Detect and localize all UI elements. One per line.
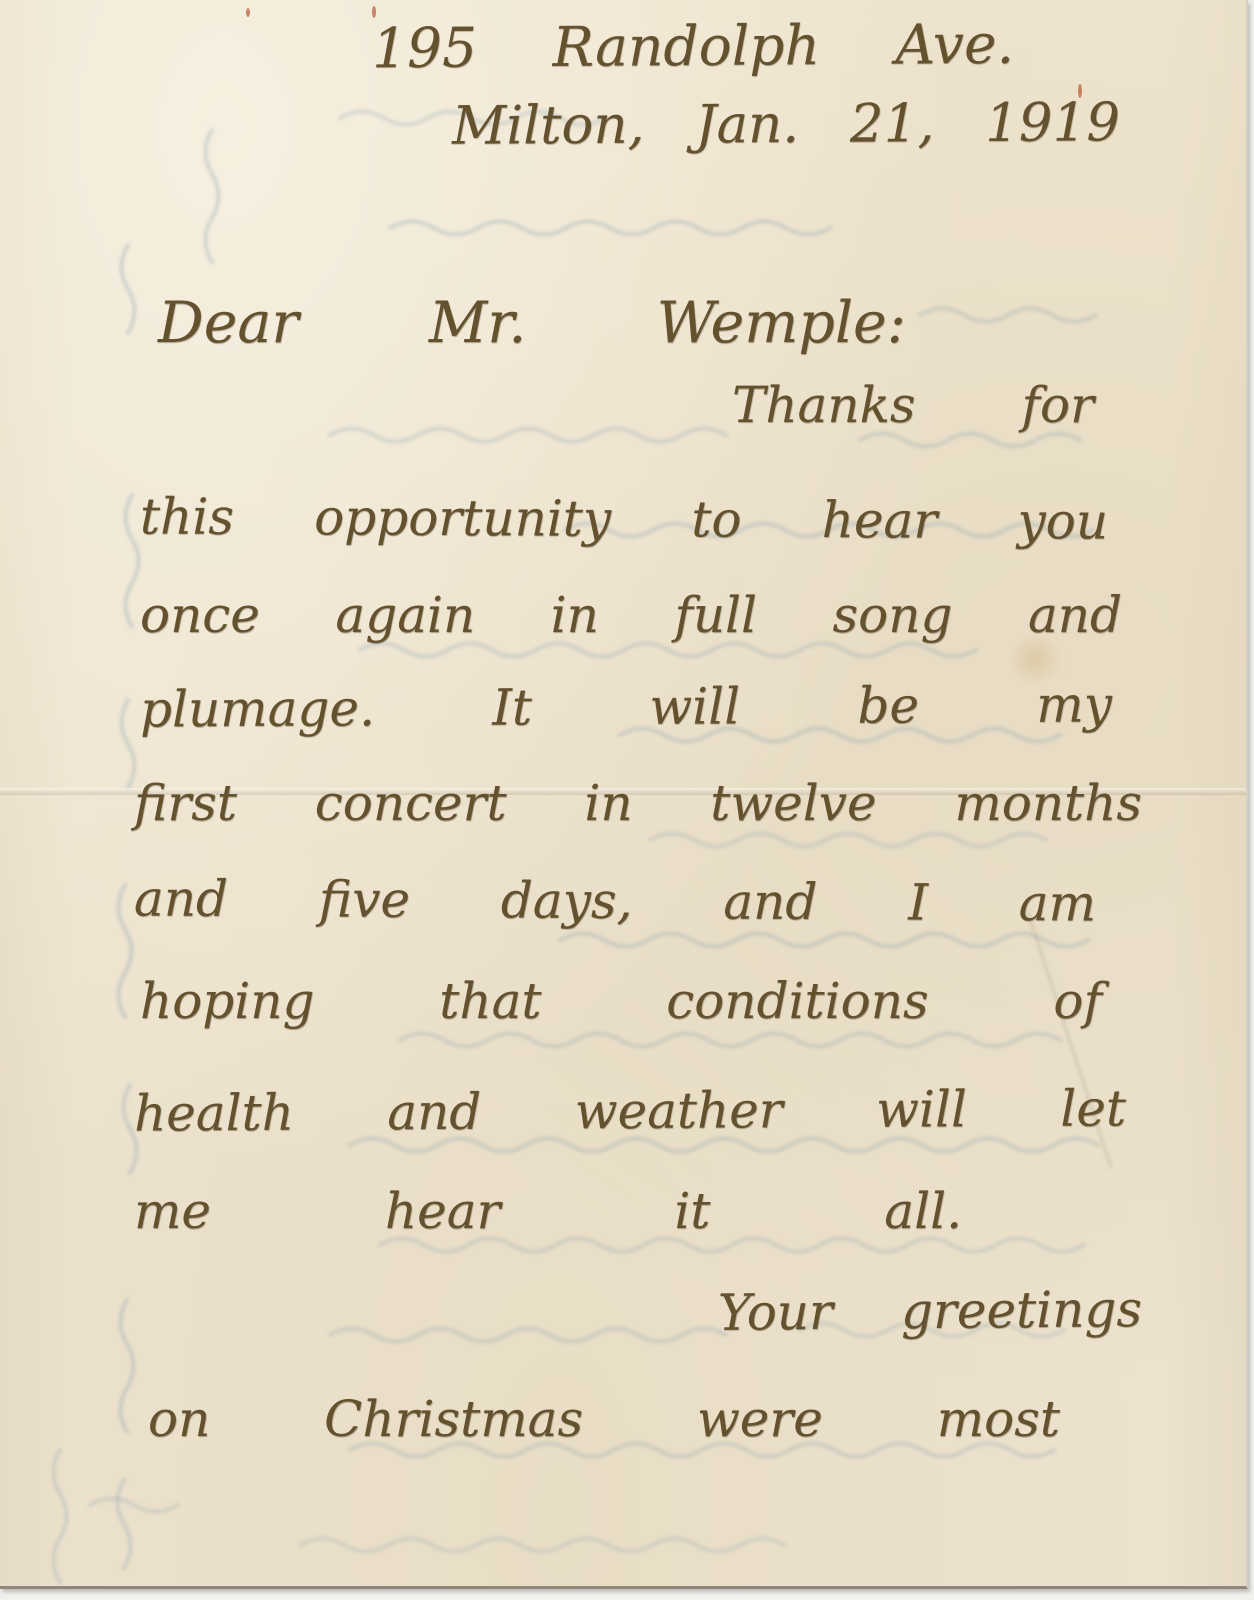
body-line: hoping that conditions of bbox=[140, 974, 1102, 1029]
body-line: plumage. It will be my bbox=[140, 677, 1112, 737]
date-line: Milton, Jan. 21, 1919 bbox=[452, 94, 1120, 156]
body-line: once again in full song and bbox=[140, 588, 1122, 643]
ink-speck bbox=[246, 8, 250, 17]
body-line: and five days, and I am bbox=[134, 871, 1096, 931]
body-line: on Christmas were most bbox=[148, 1392, 1060, 1447]
address-line: 195 Randolph Ave. bbox=[372, 14, 1014, 79]
salutation-line: Dear Mr. Wemple: bbox=[158, 292, 906, 355]
letter-paper: 195 Randolph Ave. Milton, Jan. 21, 1919 … bbox=[0, 0, 1248, 1589]
body-line: Your greetings bbox=[718, 1282, 1142, 1341]
scanned-letter-page: 195 Randolph Ave. Milton, Jan. 21, 1919 … bbox=[0, 0, 1254, 1600]
body-line: Thanks for bbox=[732, 378, 1094, 433]
body-line: this opportunity to hear you bbox=[140, 489, 1108, 549]
body-line: first concert in twelve months bbox=[134, 776, 1142, 831]
body-line: me hear it all. bbox=[134, 1184, 962, 1239]
body-line: health and weather will let bbox=[134, 1081, 1126, 1141]
